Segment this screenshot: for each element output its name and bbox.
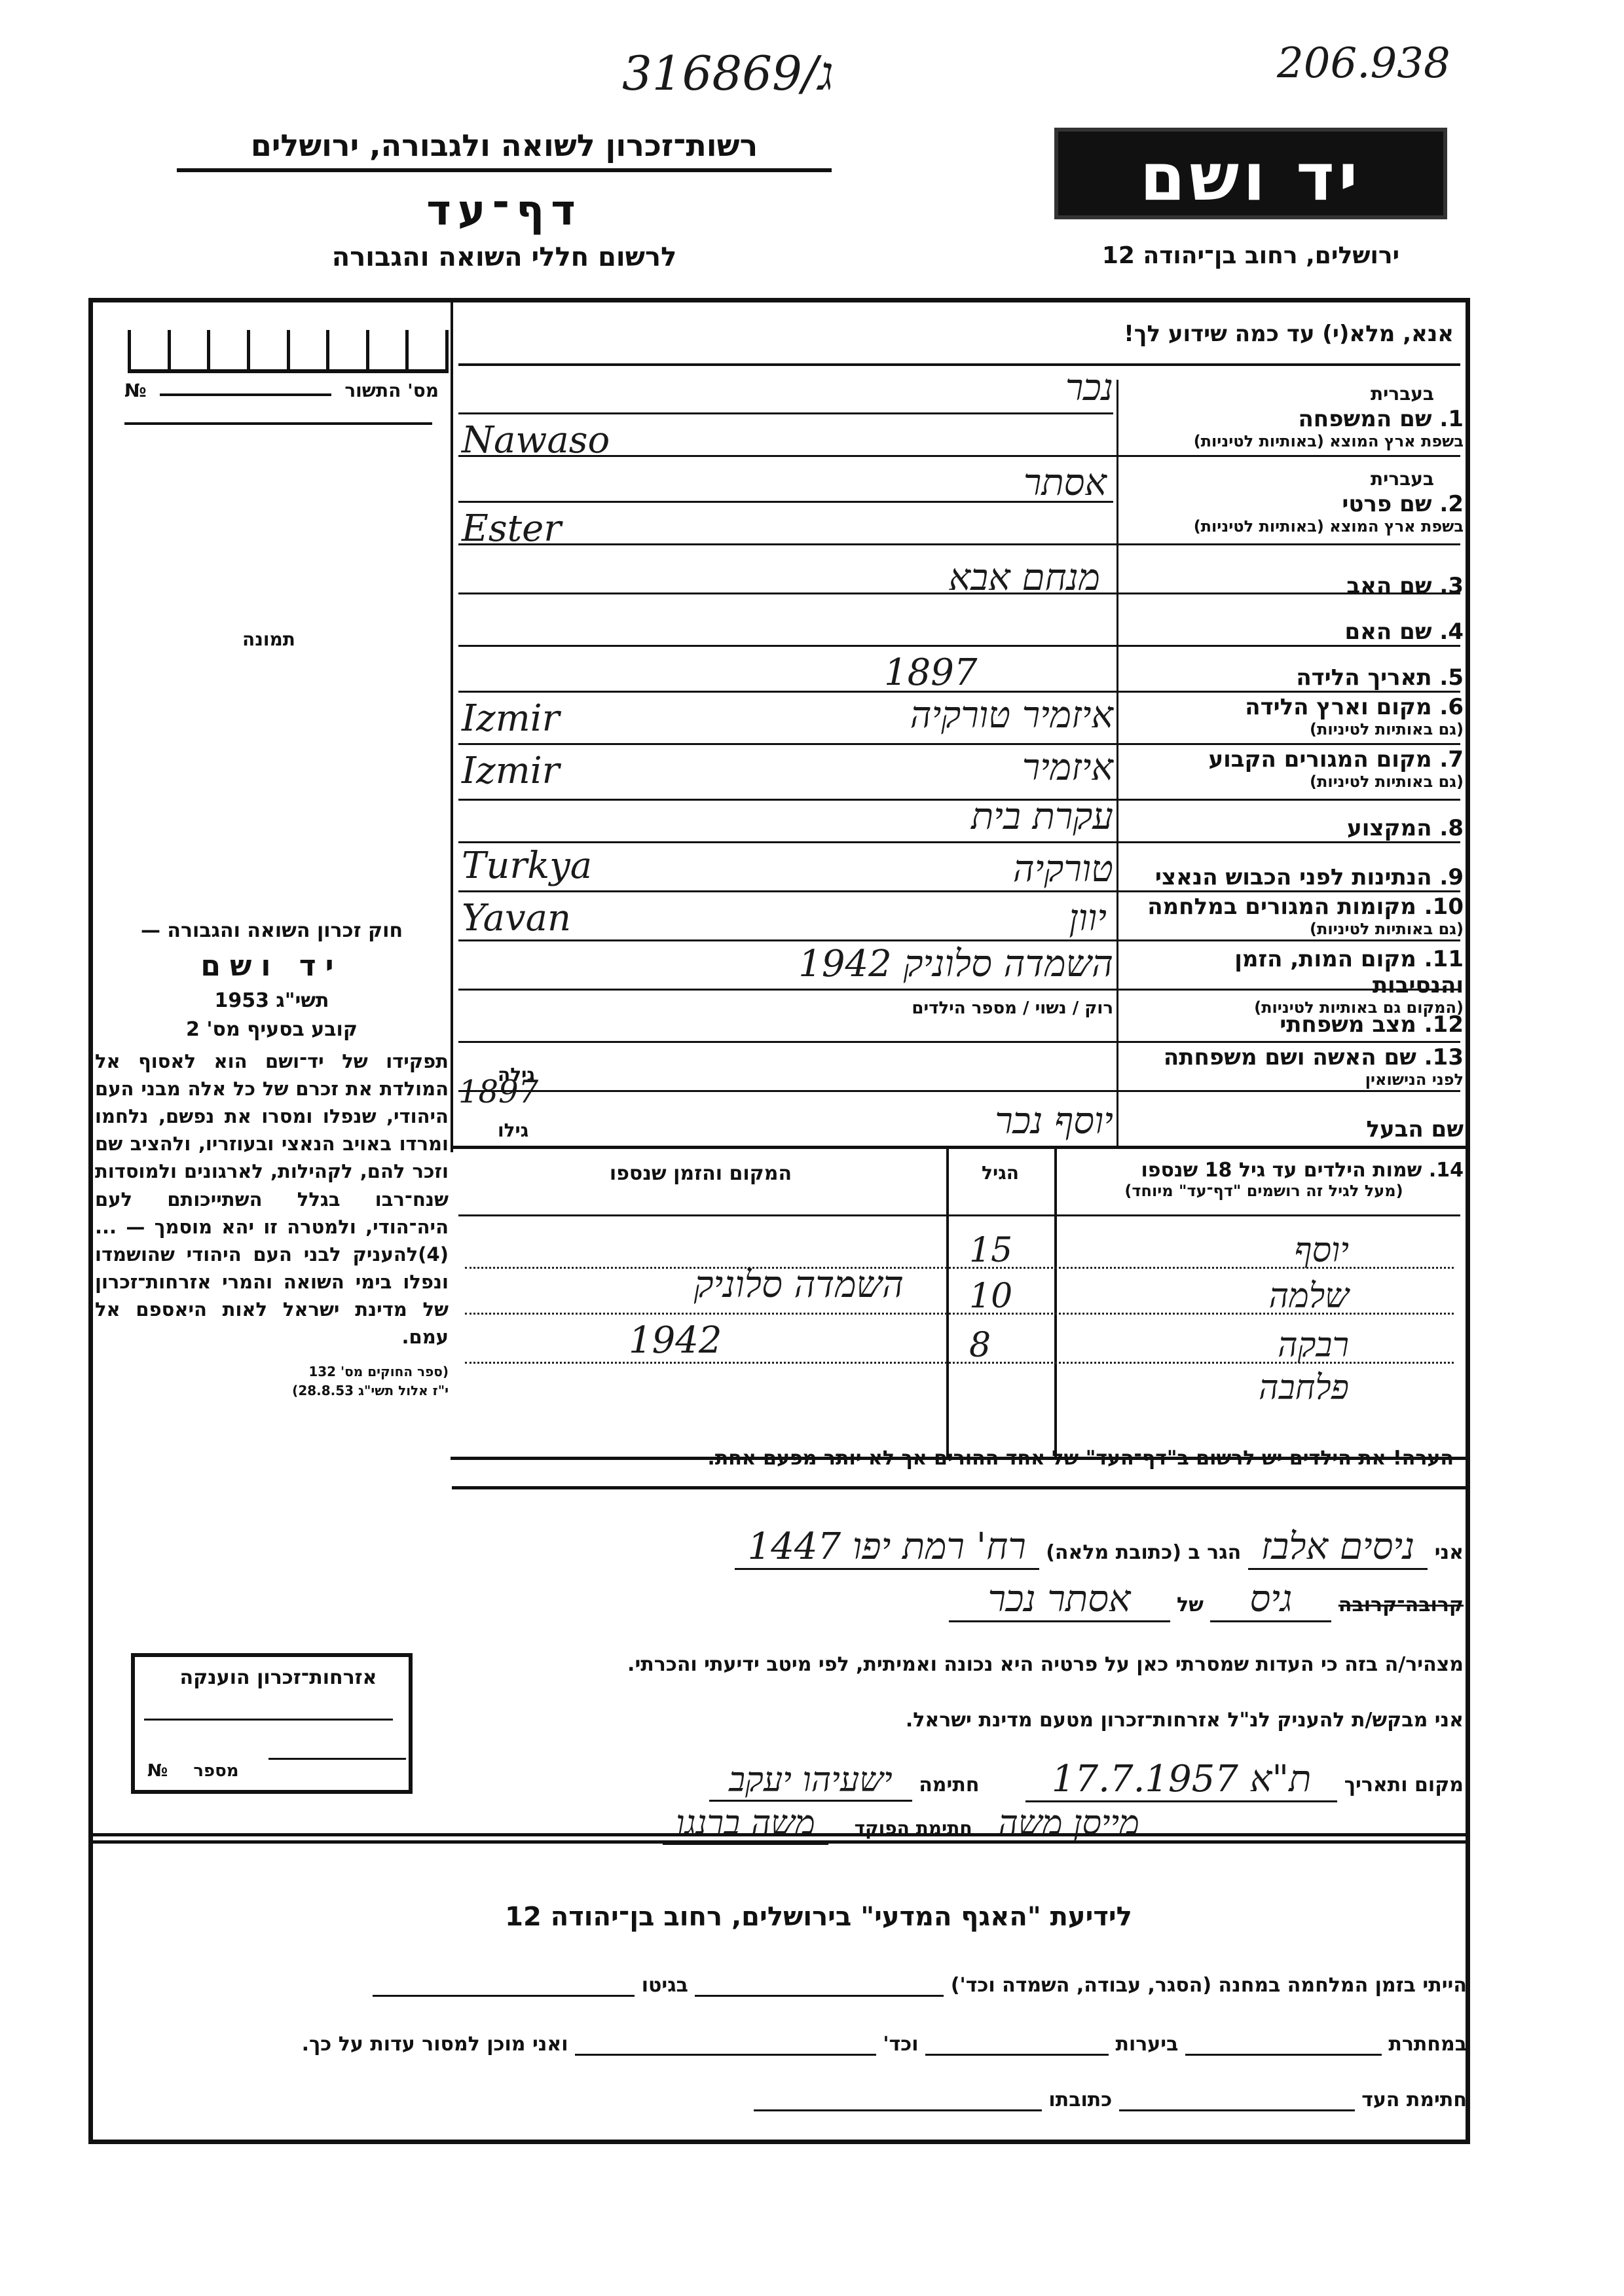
label-text: מקום וארץ הלידה (1245, 694, 1431, 720)
form-subtitle: לרשום חללי השואה והגבורה (177, 242, 832, 272)
wartime-residence-hebrew-value[interactable]: יוון (1069, 897, 1107, 939)
marital-status-hint: רוק / נשוי / מספר הילדים (912, 998, 1113, 1018)
divider (458, 691, 1460, 693)
forests-input[interactable] (925, 2036, 1109, 2056)
field-number: 2. (1439, 491, 1464, 517)
children-note: הערה! את הילדים יש לרשום ב"דף־העד" של אח… (458, 1447, 1454, 1470)
divider (458, 939, 1460, 941)
archive-number-handwritten: 316869/ג (622, 46, 834, 101)
input-line (458, 501, 1113, 503)
camp-input[interactable] (695, 1977, 944, 1997)
field-number: 12. (1424, 1011, 1464, 1038)
law-ref-line1: (ספר החוקים מס' 132 (95, 1362, 449, 1381)
field-number: 1. (1439, 406, 1464, 432)
relation-label: קרובה־קרובה (1338, 1594, 1464, 1616)
citizenship-hebrew-value[interactable]: טורקיה (1013, 848, 1113, 890)
label-text: שם האב (1346, 573, 1431, 599)
field-label-marital-status: 12. מצב משפחתי (1136, 1011, 1464, 1038)
forests-label: ביערות (1115, 2033, 1178, 2056)
field-label-citizenship: 9. הנתינות לפני הכבוש הנאצי (1136, 864, 1464, 890)
organization-name: רשות־זכרון לשואה ולגבורה, ירושלים (177, 128, 832, 172)
profession-value[interactable]: עקרת בית (971, 795, 1113, 838)
field-label-profession: 8. המקצוע (1136, 815, 1464, 841)
divider (458, 989, 1460, 991)
field-number: 11. (1424, 946, 1464, 972)
ticks-ruler (128, 314, 449, 373)
divider (458, 1041, 1460, 1043)
label-text: מקומות המגורים במלחמה (1147, 894, 1416, 920)
first-name-hebrew-value[interactable]: אסתר (1024, 462, 1107, 504)
witness-signature-input[interactable] (1119, 2092, 1355, 2111)
child-name[interactable]: פלחבה (1259, 1368, 1349, 1408)
law-year: תשי"ג 1953 (95, 987, 449, 1015)
field-label-birth-place: 6. מקום וארץ הלידה (גם באותיות לטיניות) (1136, 694, 1464, 738)
file-number-field[interactable]: № מס' התשור (124, 380, 439, 401)
field-label-first-name: 2. שם פרטי בשפת ארץ המוצא (באותיות לטיני… (1136, 491, 1464, 536)
field-label-birth-date: 5. תאריך הלידה (1136, 665, 1464, 691)
stamp-number-field[interactable]: № מספר (147, 1761, 239, 1781)
ghetto-input[interactable] (373, 1977, 635, 1997)
wartime-residence-latin-value[interactable]: Yavan (462, 897, 571, 939)
divider (458, 1090, 1460, 1092)
field-label-residence: 7. מקום המגורים הקבוע (גם באותיות לטיניו… (1136, 746, 1464, 791)
label-text: הנתינות לפני הכבוש הנאצי (1155, 864, 1432, 890)
etc-label: וכד' (883, 2033, 918, 2056)
birth-place-latin-value[interactable]: Izmir (462, 697, 559, 740)
signature-value[interactable]: ישעיהו יעקב (709, 1760, 912, 1802)
label-hint: (גם באותיות לטיניות) (1136, 720, 1464, 738)
divider (458, 645, 1460, 647)
of-name-value[interactable]: אסתר נכר (949, 1578, 1170, 1622)
place-date-label: מקום ותאריך (1344, 1774, 1464, 1796)
field-number: 14. (1429, 1159, 1464, 1182)
field-label-wife-maiden-name: 13. שם האשה ושם משפחתה לפני הנישואין (1136, 1044, 1464, 1089)
label-hint: (גם באותיות לטיניות) (1136, 920, 1464, 938)
label-text: שם פרטי (1342, 491, 1431, 517)
divider (458, 799, 1460, 801)
col-header-age: הגיל (950, 1162, 1051, 1184)
section-divider (88, 1833, 1470, 1844)
declaration-line2: קרובה־קרובה גיס של אסתר נכר (350, 1578, 1464, 1620)
label-text: תאריך הלידה (1296, 665, 1431, 691)
number-sign: № (147, 1761, 168, 1781)
field-label-wartime-residence: 10. מקומות המגורים במלחמה (גם באותיות לט… (1136, 894, 1464, 938)
stamp-title: אזרחות־זכרון הוענקה (157, 1666, 399, 1689)
form-title: דף־עד (177, 187, 832, 235)
photo-placeholder-label: תמונה (242, 629, 295, 650)
child-age[interactable]: 10 (969, 1277, 1012, 1316)
field-number: 10. (1424, 894, 1464, 920)
divider (458, 363, 1460, 366)
divider (458, 743, 1460, 745)
label-text: שם הבעל (1366, 1116, 1464, 1142)
number-label: מספר (193, 1761, 238, 1781)
divider (452, 1486, 1467, 1489)
divider (458, 592, 1460, 594)
label-text: מקום המגורים הקבוע (1208, 746, 1431, 773)
label-text: שם המשפחה (1298, 406, 1431, 432)
death-place-value[interactable]: השמדה סלוניק 1942 (498, 943, 1113, 985)
husband-age-label: גילו (498, 1120, 528, 1141)
children-label: שמות הילדים עד גיל 18 שנספו (1141, 1159, 1422, 1182)
field-number: 8. (1439, 815, 1464, 841)
child-place[interactable]: השמדה סלוניק (694, 1264, 904, 1306)
signature-label: חתימה (919, 1774, 979, 1796)
fill-instruction: אנא, מלא(י) עד כמה שידוע לך! (1113, 321, 1454, 347)
divider (124, 422, 432, 425)
declarant-name[interactable]: ניסים אלבז (1248, 1525, 1428, 1570)
info-line-1: הייתי בזמן המלחמה במחנה (הסגר, עבודה, הש… (124, 1974, 1467, 1997)
divider (458, 543, 1460, 545)
child-name[interactable]: רבקה (1278, 1326, 1349, 1365)
willing-testify-label: ואני מוכן למסור עדות על כך. (302, 2033, 568, 2056)
child-name[interactable]: שלמה (1269, 1277, 1349, 1316)
law-title-yad-vashem: יד ושם (95, 945, 449, 987)
field-label-husband-name: שם הבעל (1136, 1116, 1464, 1142)
citizenship-latin-value[interactable]: Turkya (462, 845, 592, 887)
place-date-value[interactable]: ת"א 17.7.1957 (1025, 1758, 1337, 1802)
residence-hebrew-value[interactable]: איזמיר (1022, 746, 1113, 789)
ghetto-label: בגיטו (642, 1974, 688, 1997)
signature-line: מקום ותאריך ת"א 17.7.1957 חתימה ישעיהו י… (350, 1758, 1464, 1800)
declaration-line1: אני ניסים אלבז הגר ב (כתובת מלאה) רח' רמ… (350, 1525, 1464, 1568)
stamp-line (268, 1758, 406, 1760)
label-hint: בשפת ארץ המוצא (באותיות לטיניות) (1136, 432, 1464, 450)
underground-input[interactable] (1185, 2036, 1382, 2056)
field-number: 6. (1439, 694, 1464, 720)
field-label-death-place: 11. מקום המות, הזמן והנסיבות (המקום גם ב… (1136, 946, 1464, 1017)
item-number-handwritten: 206.938 (1277, 39, 1450, 88)
header-address: ירושלים, רחוב בן־יהודה 12 (1054, 242, 1447, 269)
birth-date-value[interactable]: 1897 (884, 651, 978, 694)
declaration-statement: מצהיר/ה בזה כי העדות שמסרתי כאן על פרטיה… (481, 1653, 1464, 1676)
label-text: שם האם (1344, 619, 1431, 645)
label-text: מצב משפחתי (1280, 1011, 1416, 1038)
field-label-mother-name: 4. שם האם (1136, 619, 1464, 645)
law-body: תפקידו של יד־ושם הוא לאסוף אל המולדת את … (95, 1048, 449, 1351)
witness-address-label: כתובתו (1048, 2088, 1112, 2111)
field-label-surname: 1. שם המשפחה בשפת ארץ המוצא (באותיות לטי… (1136, 406, 1464, 450)
resides-label: הגר ב (כתובת מלאה) (1046, 1541, 1241, 1564)
law-excerpt: חוק זכרון השואה והגבורה — יד ושם תשי"ג 1… (95, 917, 449, 1400)
children-hint: (מעל לגיל זה רושמים "דף־עד" מיוחד) (1064, 1182, 1464, 1200)
number-sign: № (124, 380, 147, 401)
child-age[interactable]: 8 (969, 1326, 991, 1365)
maiden-age-value[interactable]: 1897 (458, 1074, 538, 1110)
info-section-title: לידיעת "האגף המדעי" בירושלים, רחוב בן־יה… (458, 1902, 1179, 1932)
table-col-divider (946, 1149, 949, 1457)
residence-latin-value[interactable]: Izmir (462, 750, 559, 792)
table-col-divider (1054, 1149, 1057, 1457)
witness-address-input[interactable] (754, 2092, 1042, 2111)
label-hint: בשפת ארץ המוצא (באותיות לטיניות) (1136, 517, 1464, 536)
yad-vashem-logo: יד ושם (1054, 128, 1447, 219)
label-hint: (גם באותיות לטיניות) (1136, 773, 1464, 791)
hebrew-hint-2: בעברית (1371, 468, 1434, 490)
witness-signature-label: חתימת העד (1361, 2088, 1467, 2111)
law-section: קובע בסעיף מס' 2 (95, 1015, 449, 1044)
prefix: אני (1435, 1541, 1464, 1564)
col-header-place: המקום והזמן שנספו (458, 1162, 943, 1185)
info-line-3: חתימת העד כתובתו (124, 2088, 1467, 2111)
info-line-2: במחתרת ביערות וכד' ואני מוכן למסור עדות … (124, 2033, 1467, 2056)
of-label: של (1177, 1594, 1204, 1616)
input-line (458, 412, 1113, 414)
birth-place-hebrew-value[interactable]: איזמיר טורקיה (910, 694, 1113, 737)
etc-input[interactable] (575, 2036, 876, 2056)
table-header-divider (458, 1214, 1460, 1216)
field-label-father-name: 3. שם האב (1136, 573, 1464, 599)
column-divider (451, 301, 453, 1152)
law-title: חוק זכרון השואה והגבורה — (95, 917, 449, 945)
relation-value[interactable]: גיס (1210, 1578, 1331, 1622)
child-name[interactable]: יוסף (1295, 1231, 1349, 1270)
field-number: 3. (1439, 573, 1464, 599)
hebrew-hint-1: בעברית (1371, 383, 1434, 405)
citizenship-request: אני מבקש/ת להעניק לנ"ל אזרחות־זכרון מטעם… (481, 1709, 1464, 1732)
camp-label: הייתי בזמן המלחמה במחנה (הסגר, עבודה, הש… (951, 1974, 1467, 1997)
surname-hebrew-value[interactable]: נכר (1065, 367, 1113, 409)
label-hint: לפני הנישואין (1136, 1070, 1464, 1089)
declarant-address[interactable]: רח' רמת יפו 1447 (735, 1525, 1039, 1570)
child-place[interactable]: 1942 (629, 1319, 722, 1362)
label-text: המקצוע (1347, 815, 1432, 841)
stamp-line (144, 1719, 393, 1721)
law-ref-line2: י"ז אלול תשי"ג 28.8.53) (95, 1381, 449, 1400)
label-text: שם האשה ושם משפחתה (1164, 1044, 1416, 1070)
field-number: 9. (1439, 864, 1464, 890)
field-number: 5. (1439, 665, 1464, 691)
file-number-label: מס' התשור (344, 380, 439, 401)
child-age[interactable]: 15 (969, 1231, 1012, 1270)
law-reference: (ספר החוקים מס' 132 י"ז אלול תשי"ג 28.8.… (95, 1362, 449, 1400)
field-number: 7. (1439, 746, 1464, 773)
husband-name-value[interactable]: יוסף נכר (995, 1100, 1113, 1142)
divider (458, 455, 1460, 457)
underground-label: במחתרת (1388, 2033, 1467, 2056)
divider (458, 841, 1460, 843)
divider (458, 890, 1460, 892)
label-divider (1116, 380, 1118, 1149)
children-header: 14. שמות הילדים עד גיל 18 שנספו (מעל לגי… (1064, 1159, 1464, 1200)
field-number: 13. (1424, 1044, 1464, 1070)
field-number: 4. (1439, 619, 1464, 645)
